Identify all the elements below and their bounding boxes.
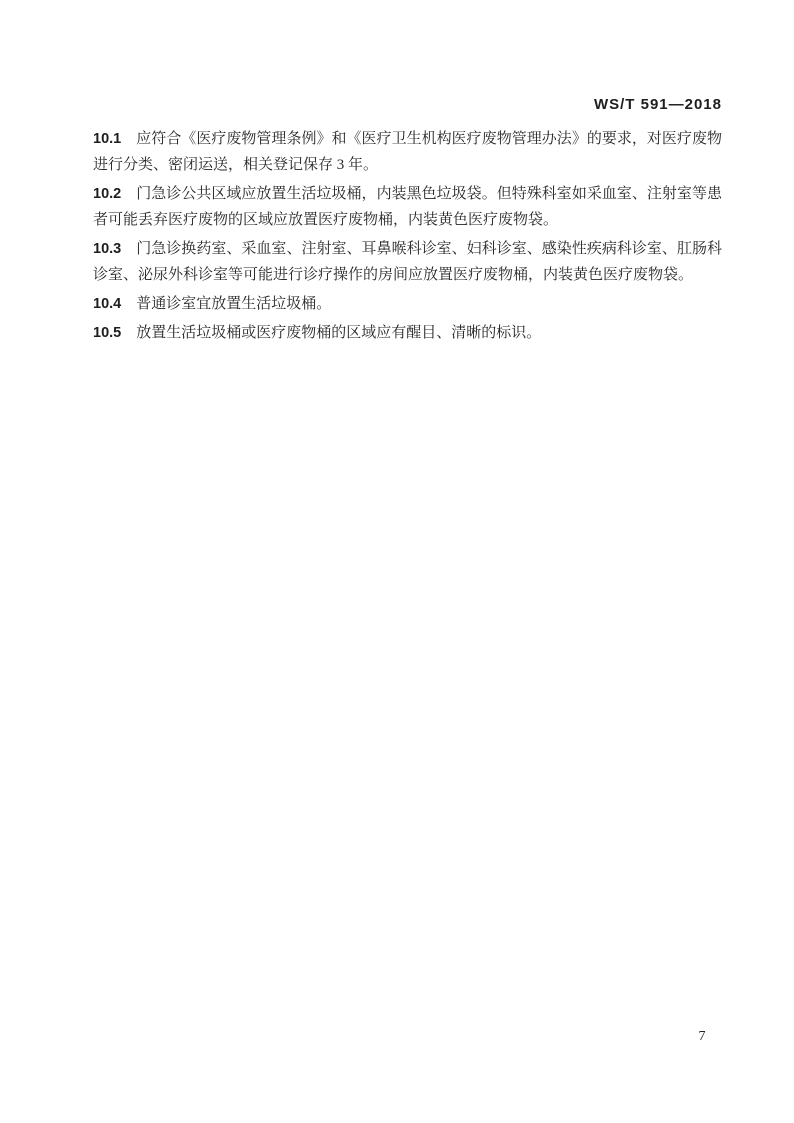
clause-text: 门急诊换药室、采血室、注射室、耳鼻喉科诊室、妇科诊室、感染性疾病科诊室、肛肠科诊… bbox=[93, 241, 722, 283]
document-page: WS/T 591—2018 10.1应符合《医疗废物管理条例》和《医疗卫生机构医… bbox=[0, 0, 794, 1123]
clause-10-4: 10.4普通诊室宜放置生活垃圾桶。 bbox=[93, 291, 722, 317]
page-number: 7 bbox=[692, 1029, 712, 1045]
clause-10-3: 10.3门急诊换药室、采血室、注射室、耳鼻喉科诊室、妇科诊室、感染性疾病科诊室、… bbox=[93, 236, 722, 288]
clause-10-5: 10.5放置生活垃圾桶或医疗废物桶的区域应有醒目、清晰的标识。 bbox=[93, 320, 722, 346]
clause-10-2: 10.2门急诊公共区域应放置生活垃圾桶，内装黑色垃圾袋。但特殊科室如采血室、注射… bbox=[93, 181, 722, 233]
clause-number: 10.3 bbox=[93, 241, 136, 257]
body-text-block: 10.1应符合《医疗废物管理条例》和《医疗卫生机构医疗废物管理办法》的要求，对医… bbox=[93, 126, 722, 349]
clause-text: 应符合《医疗废物管理条例》和《医疗卫生机构医疗废物管理办法》的要求，对医疗废物进… bbox=[93, 131, 722, 173]
running-header-standard-code: WS/T 591—2018 bbox=[93, 96, 722, 113]
clause-number: 10.1 bbox=[93, 131, 136, 147]
clause-10-1: 10.1应符合《医疗废物管理条例》和《医疗卫生机构医疗废物管理办法》的要求，对医… bbox=[93, 126, 722, 178]
clause-number: 10.2 bbox=[93, 186, 136, 202]
clause-text: 普通诊室宜放置生活垃圾桶。 bbox=[136, 296, 331, 312]
clause-number: 10.4 bbox=[93, 296, 136, 312]
clause-text: 门急诊公共区域应放置生活垃圾桶，内装黑色垃圾袋。但特殊科室如采血室、注射室等患者… bbox=[93, 186, 722, 228]
clause-text: 放置生活垃圾桶或医疗废物桶的区域应有醒目、清晰的标识。 bbox=[136, 325, 541, 341]
clause-number: 10.5 bbox=[93, 325, 136, 341]
